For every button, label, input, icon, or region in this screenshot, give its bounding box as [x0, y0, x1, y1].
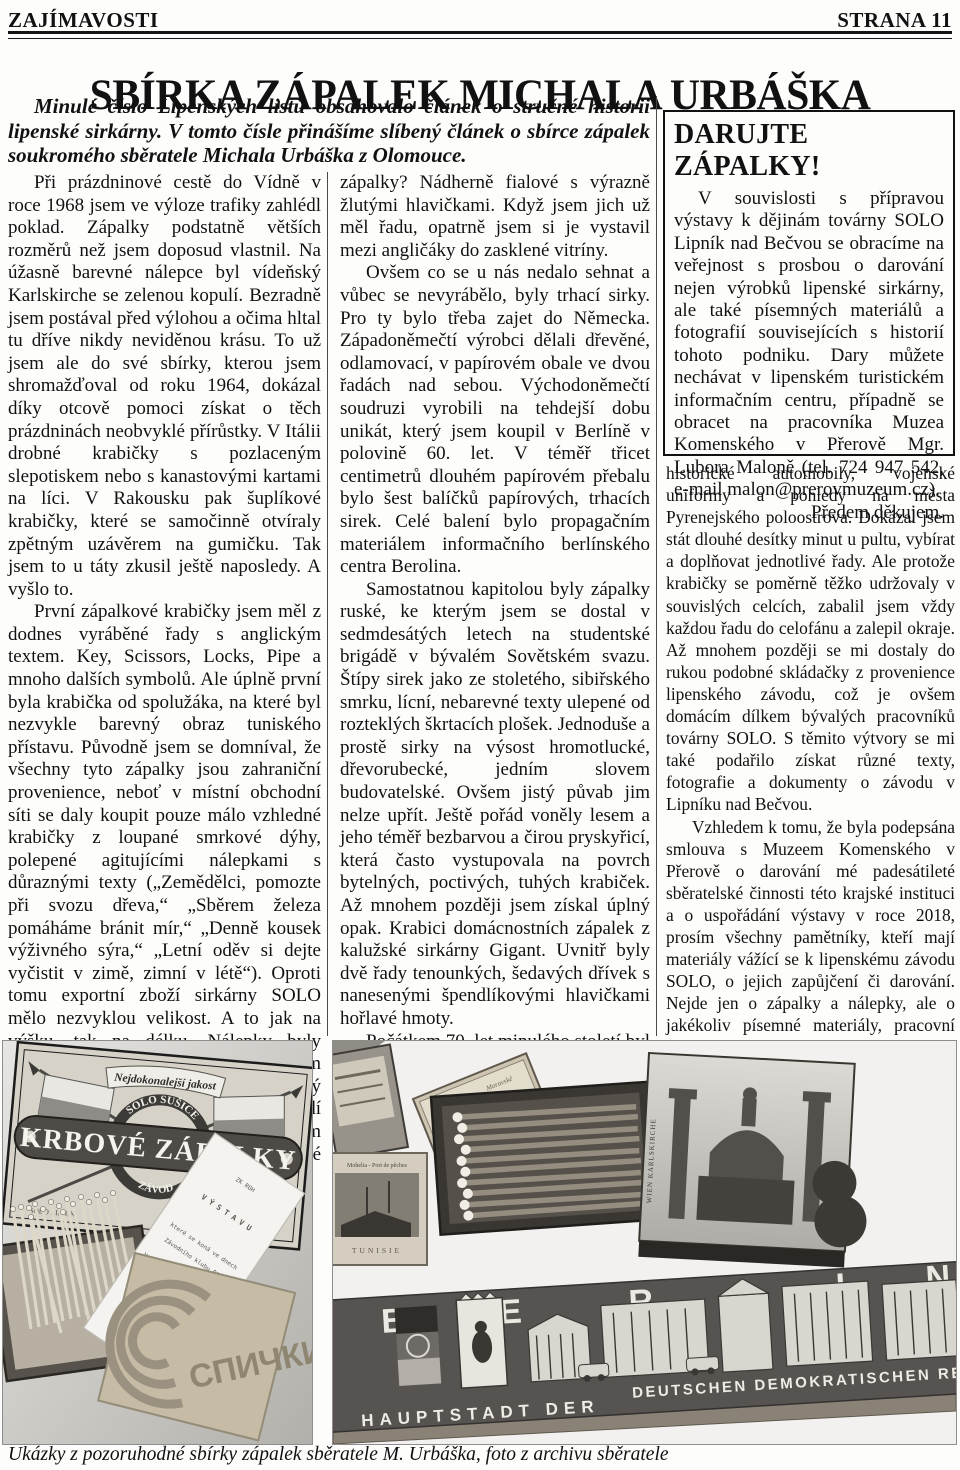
photo-matchbox-collection-right: Moravské ZÁPALKY [332, 1040, 957, 1445]
lead-paragraph: Minulé číslo Lipenských listů obsahovalo… [8, 94, 650, 168]
article-column-3: historické automobily, vojenské uniformy… [666, 462, 955, 1125]
notice-title: DARUJTE ZÁPALKY! [674, 119, 944, 183]
article-paragraph: Ovšem co se u nás nedalo sehnat a vůbec … [340, 262, 650, 578]
column-divider-1 [327, 172, 328, 1036]
article-paragraph: zápalky? Nádherně fialové s výrazně žlut… [340, 172, 650, 262]
column-divider-2 [656, 96, 657, 1036]
gdr-flag [395, 1306, 442, 1386]
article-paragraph: Samostatnou kapitolou byly zápalky ruské… [340, 579, 650, 1031]
berlin-bear-banner [456, 1292, 508, 1389]
box2-title-text: Mohelia - Port de pêches [347, 1163, 408, 1169]
article-lead: Minulé číslo Lipenských listů obsahovalo… [8, 94, 650, 168]
article-column-1: Při prázdninové cestě do Vídně v roce 19… [8, 172, 321, 1189]
notice-thanks: Předem děkujem. [674, 502, 944, 524]
photo-matchbox-collection-left: Nejdokonalejší jakost SOLO SUŠICE KRBOVÉ… [2, 1040, 313, 1445]
section-title: ZAJÍMAVOSTI [8, 8, 159, 33]
page-number: STRANA 11 [837, 8, 952, 33]
karlskirche-box: WIEN KARLSKIRCHE [638, 1053, 874, 1269]
article-column-2: zápalky? Nádherně fialové s výrazně žlut… [340, 172, 650, 1166]
page-header: ZAJÍMAVOSTI STRANA 11 [8, 8, 952, 33]
photo-caption: Ukázky z pozoruhodné sbírky zápalek sběr… [8, 1444, 952, 1466]
header-rule [8, 31, 952, 39]
box2-country-text: TUNISIE [352, 1246, 402, 1255]
donation-notice-box: DARUJTE ZÁPALKY! V souvislosti s příprav… [663, 110, 955, 456]
notice-body: V souvislosti s přípravou výstavy k ději… [674, 188, 944, 502]
article-paragraph: Při prázdninové cestě do Vídně v roce 19… [8, 172, 321, 601]
photo-left-illustration: Nejdokonalejší jakost SOLO SUŠICE KRBOVÉ… [3, 1041, 312, 1444]
open-matchbox [431, 1082, 658, 1235]
photo-right-illustration: Moravské ZÁPALKY [333, 1041, 956, 1444]
tunisie-box: Mohelia - Port de pêches TUNISIE [333, 1153, 427, 1265]
